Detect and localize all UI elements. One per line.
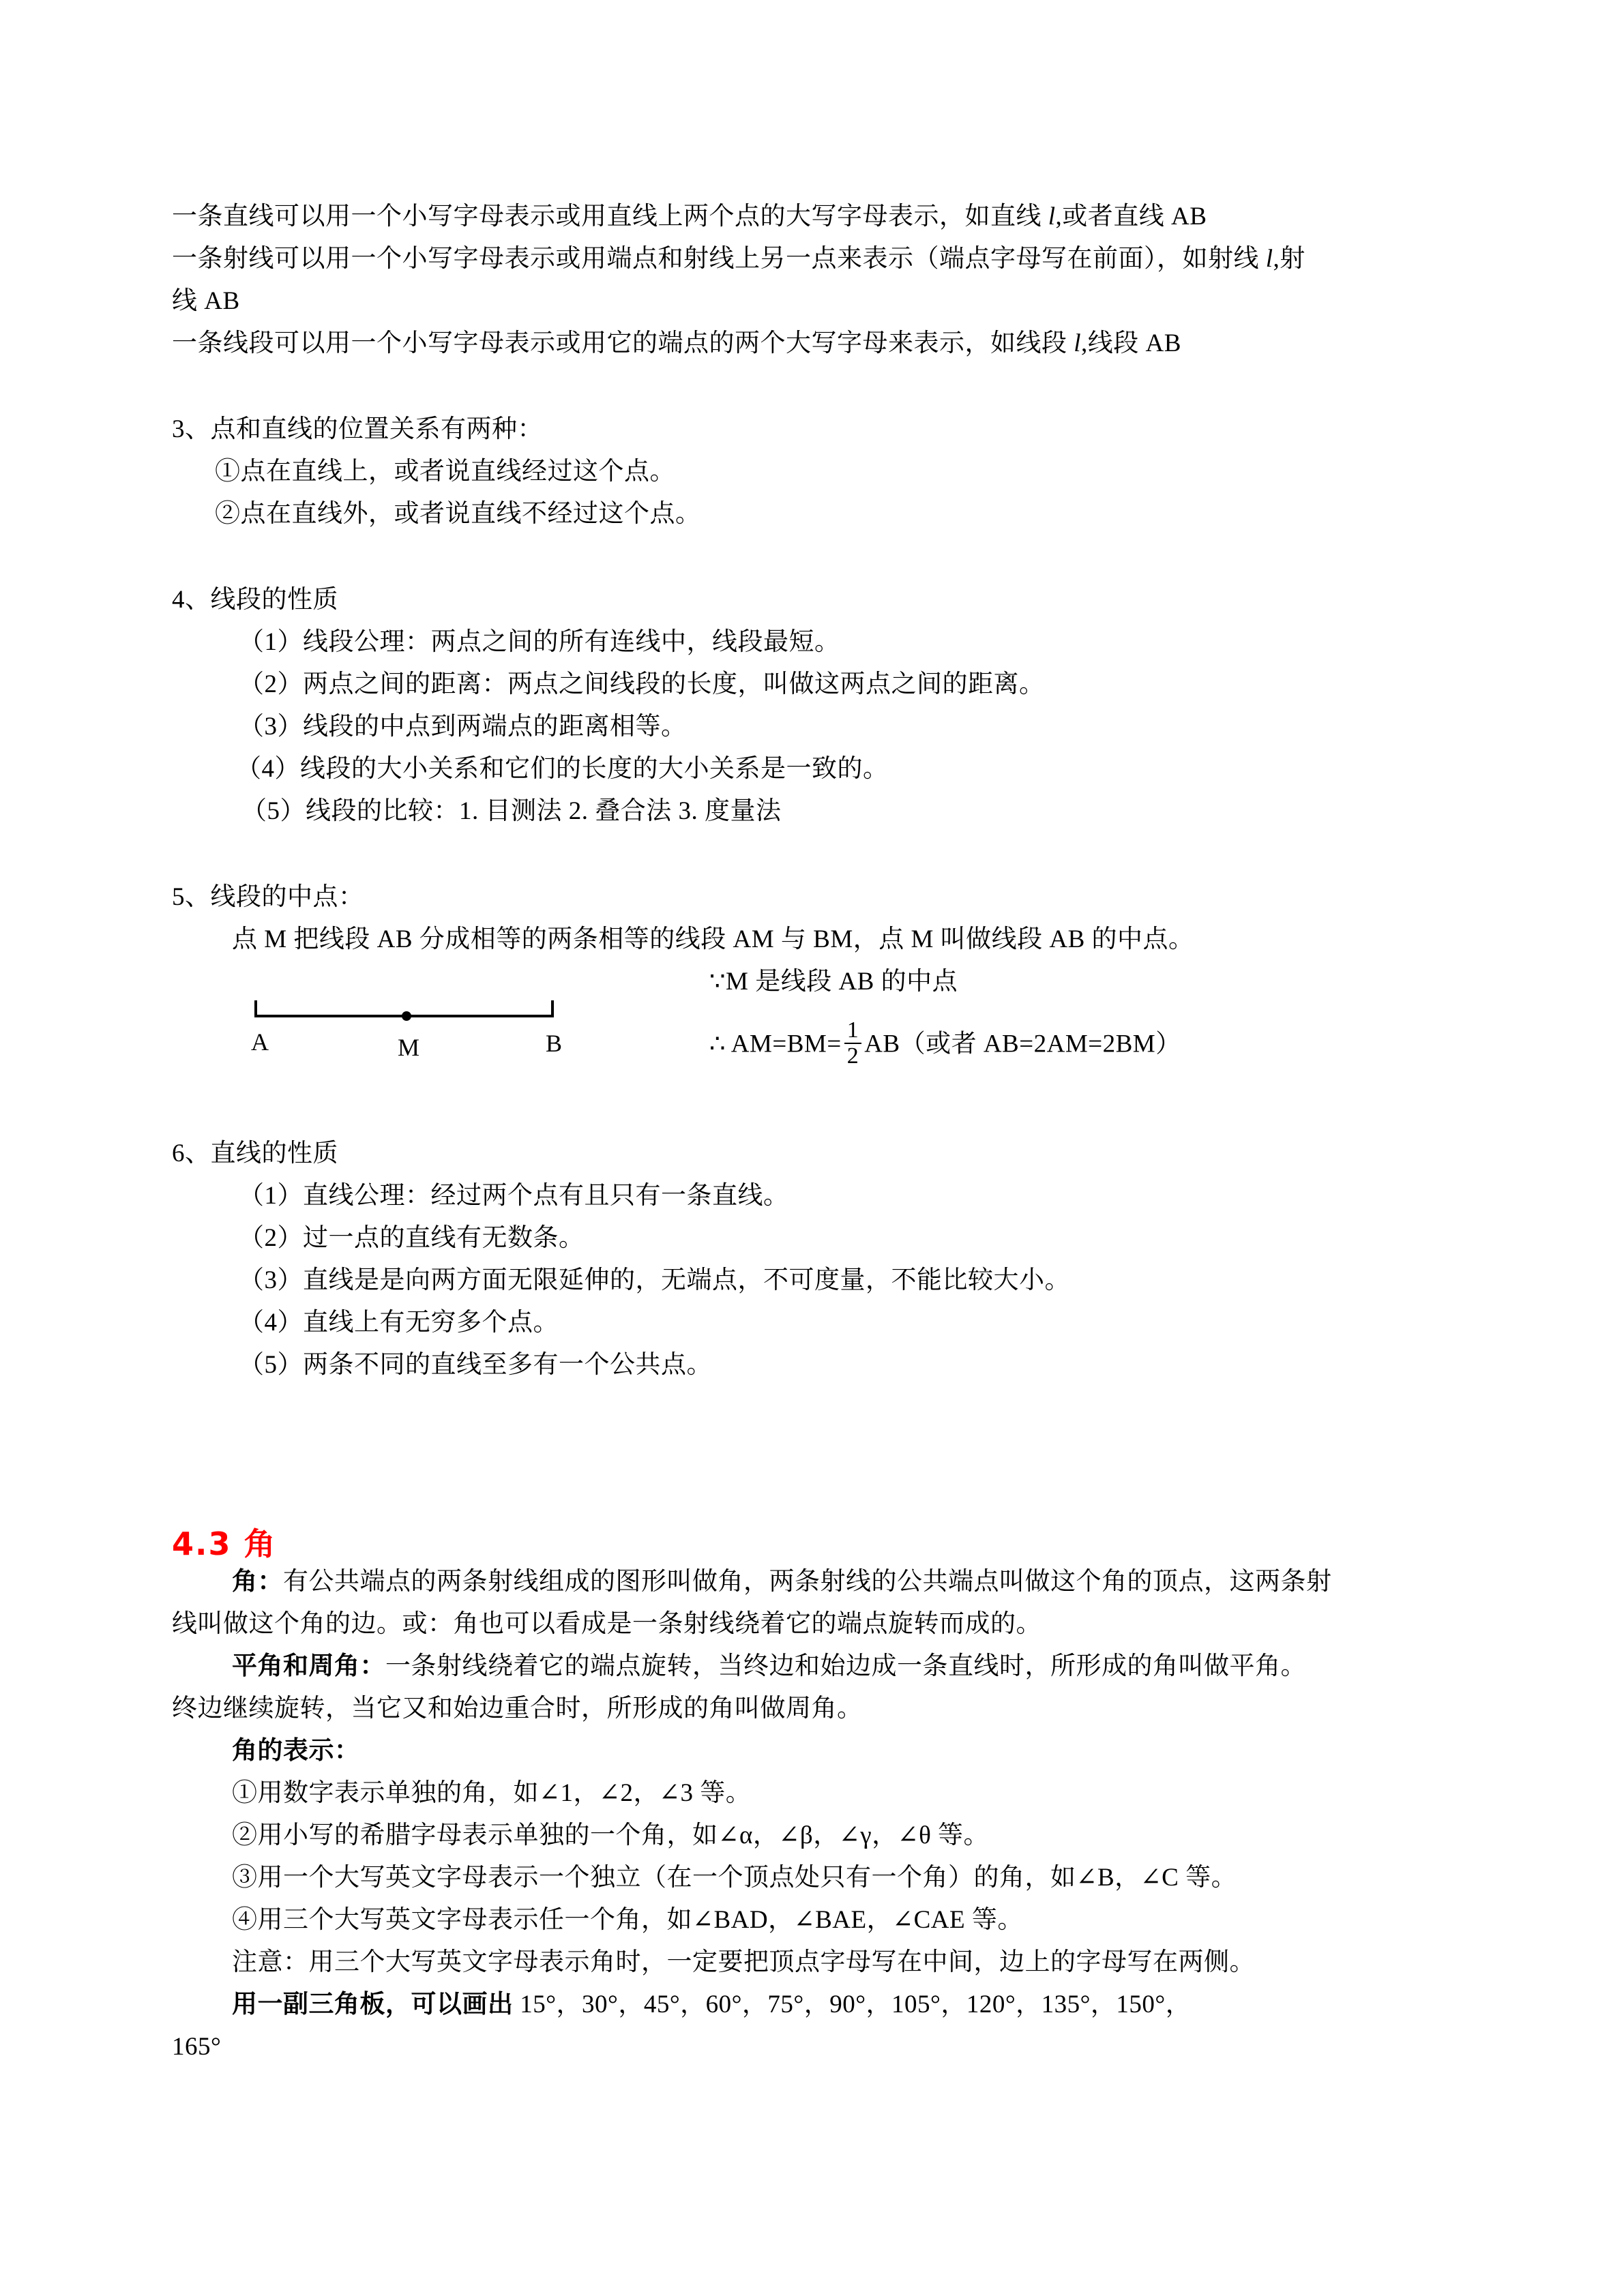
text: 有公共端点的两条射线组成的图形叫做角，两条射线的公共端点叫做这个角的顶点，这两条… — [283, 1568, 1332, 1596]
intro-line-ray-cont: 线 AB — [172, 286, 240, 316]
label-point-b: B — [546, 1029, 562, 1058]
triangle-ruler-angles-line2: 165° — [172, 2032, 221, 2062]
text: 一条射线可以用一个小写字母表示或用端点和射线上另一点来表示（端点字母写在前面），… — [172, 245, 1266, 273]
section-6-item: （3）直线是是向两方面无限延伸的，无端点，不可度量，不能比较大小。 — [239, 1266, 1070, 1296]
term-triangle-ruler: 用一副三角板，可以画出 — [232, 1991, 514, 2018]
angle-notation-title: 角的表示： — [232, 1736, 360, 1766]
label-point-m: M — [398, 1033, 419, 1062]
segment-midpoint-diagram: A M B — [246, 992, 573, 1081]
section-4-item: （1）线段公理：两点之间的所有连线中，线段最短。 — [239, 627, 840, 657]
section-3-title: 3、点和直线的位置关系有两种： — [172, 415, 543, 445]
fraction-one-half: 12 — [844, 1018, 862, 1069]
segment-ab-figure — [246, 992, 573, 1033]
straight-angle-line1: 平角和周角：一条射线绕着它的端点旋转，当终边和始边成一条直线时，所形成的角叫做平… — [232, 1652, 1306, 1682]
text: ,或者直线 AB — [1056, 203, 1207, 230]
section-6-item: （2）过一点的直线有无数条。 — [239, 1223, 585, 1253]
section-5-because: ∵M 是线段 AB 的中点 — [709, 967, 958, 997]
angle-definition-line1: 角：有公共端点的两条射线组成的图形叫做角，两条射线的公共端点叫做这个角的顶点，这… — [232, 1567, 1332, 1597]
term-angle: 角： — [232, 1568, 283, 1596]
text: ,射 — [1273, 245, 1305, 273]
triangle-ruler-angles-line1: 用一副三角板，可以画出 15°，30°，45°，60°，75°，90°，105°… — [232, 1990, 1191, 2020]
intro-line-straight-line: 一条直线可以用一个小写字母表示或用直线上两个点的大写字母表示，如直线 l,或者直… — [172, 202, 1207, 232]
angle-notation-note: 注意：用三个大写英文字母表示角时，一定要把顶点字母写在中间，边上的字母写在两侧。 — [232, 1948, 1255, 1978]
term-straight-full-angle: 平角和周角： — [232, 1652, 385, 1680]
text: AB（或者 AB=2AM=2BM） — [864, 1030, 1181, 1058]
text: ,线段 AB — [1081, 329, 1181, 357]
angle-notation-item: ③用一个大写英文字母表示一个独立（在一个顶点处只有一个角）的角，如∠B，∠C 等… — [232, 1863, 1237, 1893]
text: 一条直线可以用一个小写字母表示或用直线上两个点的大写字母表示，如直线 — [172, 203, 1048, 230]
straight-angle-line2: 终边继续旋转，当它又和始边重合时，所形成的角叫做周角。 — [172, 1694, 863, 1724]
section-5-title: 5、线段的中点： — [172, 882, 364, 912]
intro-line-ray: 一条射线可以用一个小写字母表示或用端点和射线上另一点来表示（端点字母写在前面），… — [172, 244, 1305, 274]
section-4-item: （2）两点之间的距离：两点之间线段的长度，叫做这两点之间的距离。 — [239, 670, 1045, 700]
intro-line-segment: 一条线段可以用一个小写字母表示或用它的端点的两个大写字母来表示，如线段 l,线段… — [172, 329, 1181, 359]
variable-l: l — [1266, 245, 1273, 273]
label-point-a: A — [251, 1028, 269, 1056]
section-6-item: （4）直线上有无穷多个点。 — [239, 1308, 559, 1338]
section-6-title: 6、直线的性质 — [172, 1139, 338, 1169]
angle-notation-item: ②用小写的希腊字母表示单独的一个角，如∠α，∠β，∠γ，∠θ 等。 — [232, 1821, 989, 1851]
angle-notation-item: ④用三个大写英文字母表示任一个角，如∠BAD，∠BAE，∠CAE 等。 — [232, 1905, 1023, 1935]
section-6-item: （1）直线公理：经过两个点有且只有一条直线。 — [239, 1181, 789, 1211]
section-5-therefore: ∴ AM=BM=12AB（或者 AB=2AM=2BM） — [709, 1021, 1181, 1071]
section-4-item: （4）线段的大小关系和它们的长度的大小关系是一致的。 — [236, 754, 889, 784]
section-4-title: 4、线段的性质 — [172, 585, 338, 615]
section-4-item: （5）线段的比较：1. 目测法 2. 叠合法 3. 度量法 — [241, 796, 782, 826]
variable-l: l — [1074, 329, 1081, 357]
variable-l: l — [1048, 203, 1056, 230]
angle-list: 15°，30°，45°，60°，75°，90°，105°，120°，135°，1… — [514, 1991, 1192, 2018]
section-5-definition: 点 M 把线段 AB 分成相等的两条相等的线段 AM 与 BM，点 M 叫做线段… — [232, 925, 1194, 955]
text: 一条线段可以用一个小写字母表示或用它的端点的两个大写字母来表示，如线段 — [172, 329, 1074, 357]
section-4-3-heading: 4.3 角 — [172, 1519, 277, 1564]
section-3-item: ②点在直线外，或者说直线不经过这个点。 — [215, 499, 701, 529]
fraction-numerator: 1 — [844, 1018, 862, 1044]
fraction-denominator: 2 — [844, 1044, 862, 1069]
angle-definition-line2: 线叫做这个角的边。或：角也可以看成是一条射线绕着它的端点旋转而成的。 — [172, 1609, 1042, 1639]
section-3-item: ①点在直线上，或者说直线经过这个点。 — [215, 457, 675, 487]
section-4-item: （3）线段的中点到两端点的距离相等。 — [239, 712, 687, 742]
angle-notation-item: ①用数字表示单独的角，如∠1，∠2，∠3 等。 — [232, 1778, 751, 1808]
section-6-item: （5）两条不同的直线至多有一个公共点。 — [239, 1350, 712, 1380]
text: 一条射线绕着它的端点旋转，当终边和始边成一条直线时，所形成的角叫做平角。 — [385, 1652, 1306, 1680]
text: ∴ AM=BM= — [709, 1030, 842, 1058]
